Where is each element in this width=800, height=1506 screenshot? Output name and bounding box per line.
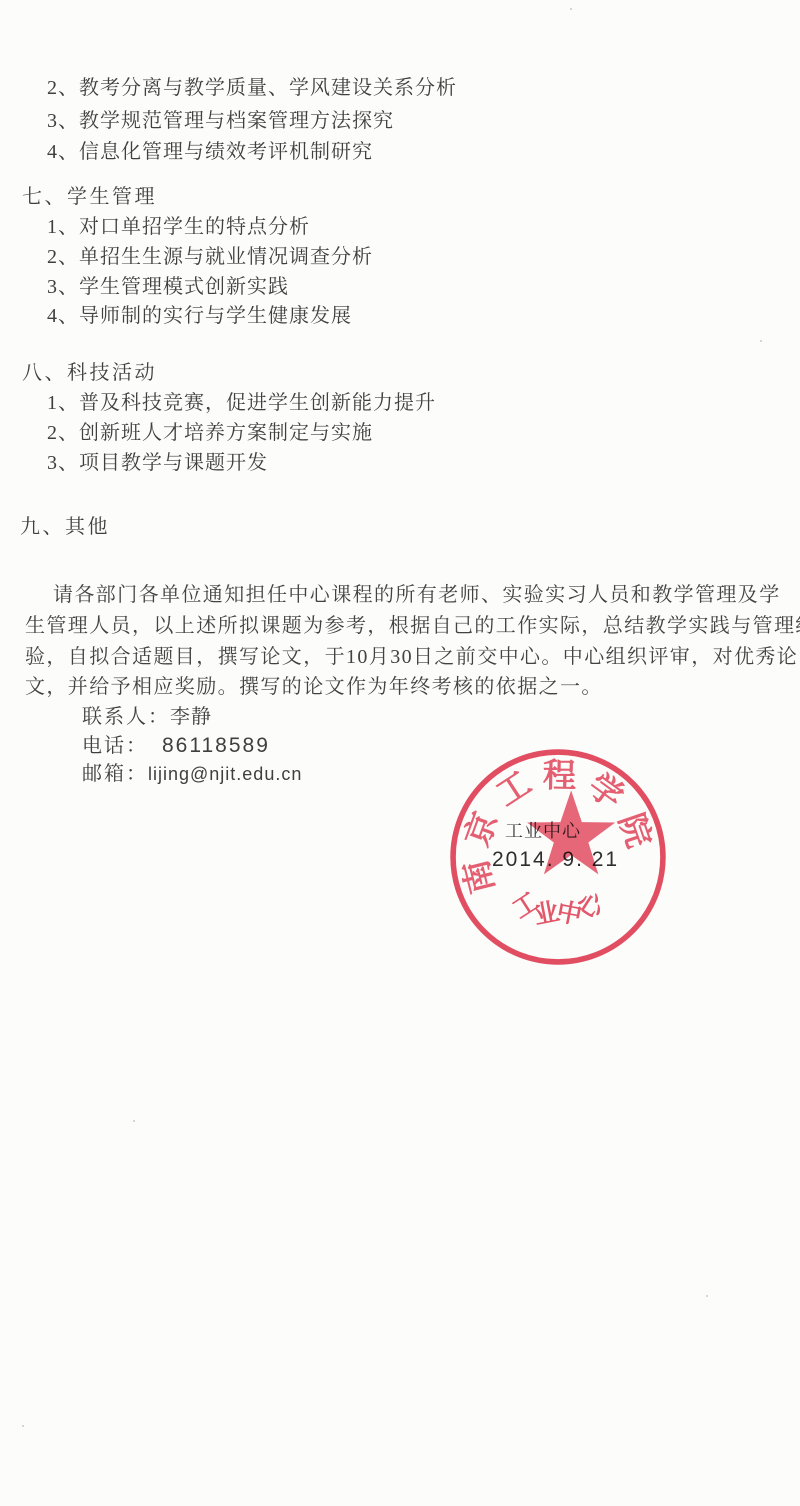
contact-email-line: 邮箱：lijing@njit.edu.cn: [82, 763, 302, 785]
section-heading: 七、学生管理: [22, 186, 157, 208]
list-item: 4、导师制的实行与学生健康发展: [47, 305, 352, 327]
list-item: 2、创新班人才培养方案制定与实施: [47, 422, 373, 444]
contact-person-value: 李静: [170, 706, 212, 728]
list-item: 3、项目教学与课题开发: [47, 452, 268, 474]
contact-person-label: 联系人：: [82, 706, 170, 728]
list-item: 2、教考分离与教学质量、学风建设关系分析: [47, 77, 457, 99]
list-item: 3、学生管理模式创新实践: [47, 276, 289, 298]
contact-phone-value: 86118589: [162, 734, 270, 757]
scan-speck: [706, 1295, 708, 1297]
contact-email-label: 邮箱：: [82, 763, 148, 785]
list-item: 4、信息化管理与绩效考评机制研究: [47, 141, 373, 163]
scan-speck: [22, 1425, 24, 1427]
paragraph-line: 生管理人员，以上述所拟课题为参考，根据自己的工作实际，总结教学实践与管理经: [25, 615, 800, 637]
scan-speck: [760, 340, 762, 342]
list-item: 2、单招生生源与就业情况调查分析: [47, 246, 373, 268]
seal-ink-group: 南 京 工 程 学 院 工 业 中 心: [453, 752, 663, 962]
paragraph-line: 请各部门各单位通知担任中心课程的所有老师、实验实习人员和教学管理及学: [25, 584, 781, 606]
contact-email-value: lijing@njit.edu.cn: [148, 764, 302, 784]
section-heading: 八、科技活动: [22, 362, 157, 384]
paragraph-line: 验，自拟合适题目，撰写论文，于10月30日之前交中心。中心组织评审，对优秀论: [25, 646, 798, 668]
contact-phone-label: 电话：: [82, 735, 148, 757]
official-seal-stamp: 南 京 工 程 学 院 工 业 中 心: [447, 746, 669, 968]
seal-ring-char: 院: [611, 809, 657, 853]
seal-ring-char: 京: [459, 807, 505, 851]
section-heading: 九、其他: [20, 516, 110, 538]
list-item: 3、教学规范管理与档案管理方法探究: [47, 110, 394, 132]
contact-person-line: 联系人：李静: [82, 706, 212, 728]
seal-ring-char: 南: [458, 856, 502, 897]
scan-speck: [570, 8, 572, 10]
seal-ring-char: 程: [542, 757, 577, 795]
paragraph-line: 文，并给予相应奖励。撰写的论文作为年终考核的依据之一。: [25, 676, 603, 698]
seal-bottom-text: 工 业 中 心: [508, 887, 609, 930]
contact-phone-line: 电话：86118589: [82, 735, 270, 757]
list-item: 1、对口单招学生的特点分析: [47, 216, 310, 238]
list-item: 1、普及科技竞赛，促进学生创新能力提升: [47, 392, 436, 414]
scan-speck: [133, 1120, 135, 1122]
document-page: 2、教考分离与教学质量、学风建设关系分析 3、教学规范管理与档案管理方法探究 4…: [0, 0, 800, 1506]
